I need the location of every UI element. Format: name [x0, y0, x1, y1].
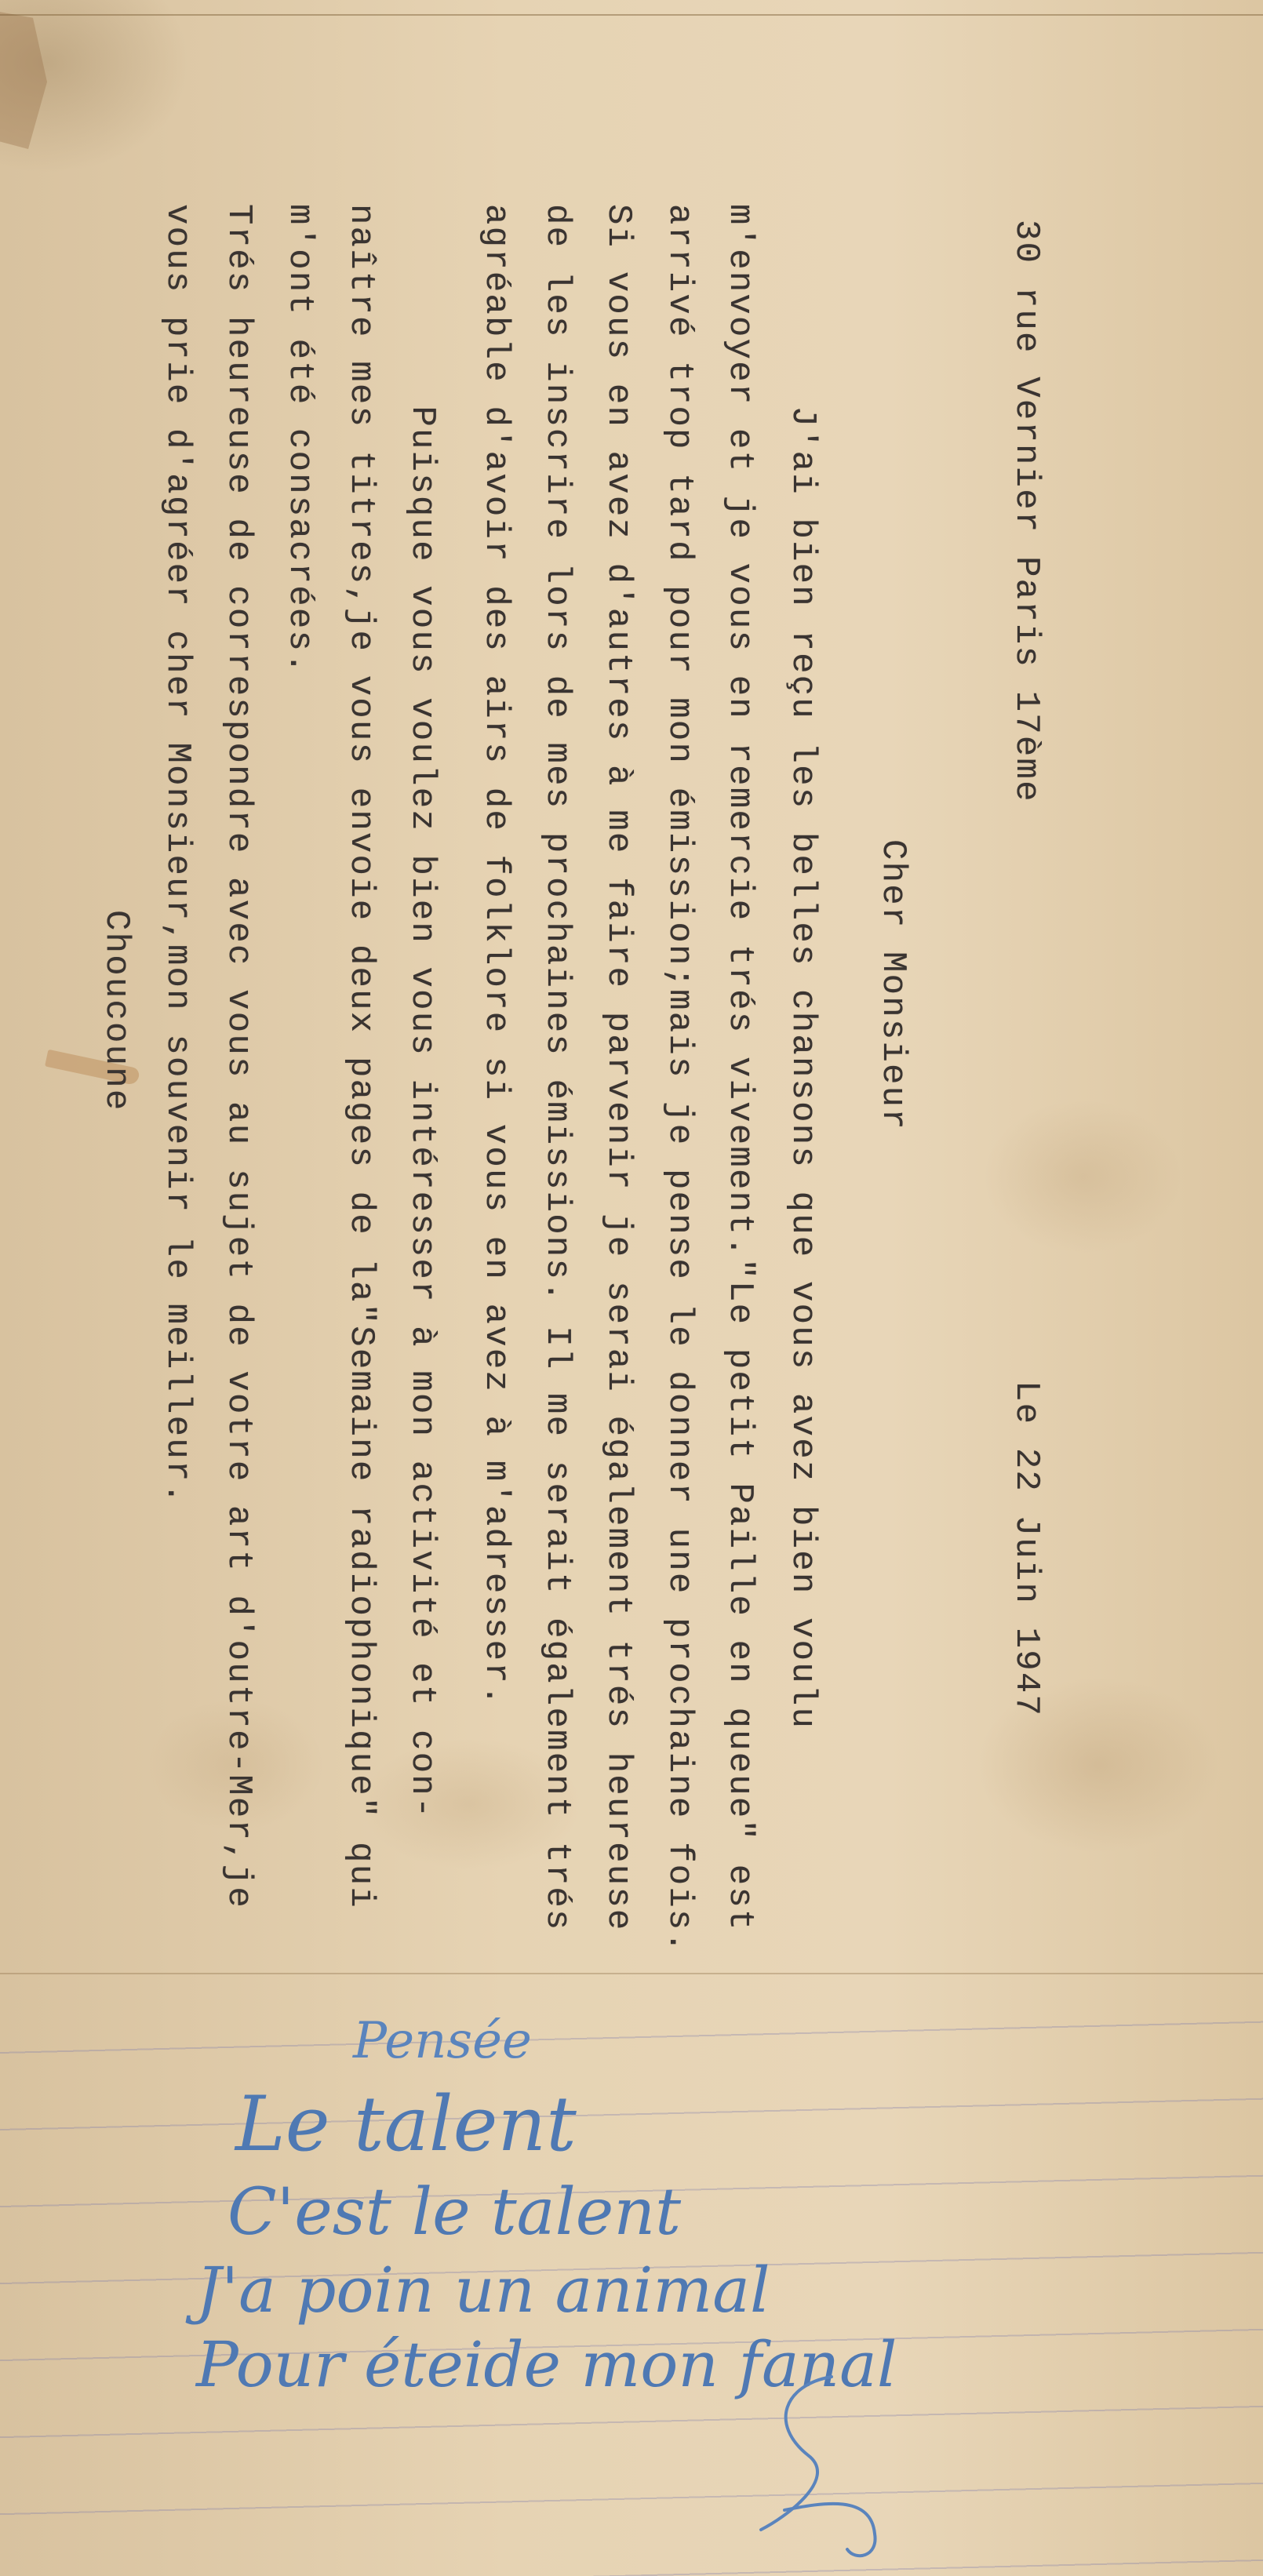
body-line: vous prie d'agréer cher Monsieur,mon sou… [160, 204, 195, 1505]
salutation: Cher Monsieur [875, 839, 910, 1131]
handwritten-line: C'est le talent [227, 2181, 681, 2245]
handwritten-title: Pensée [353, 2016, 532, 2066]
letter-date: Le 22 Juin 1947 [1009, 1381, 1043, 1717]
letter-sheet: 30 rue Vernier Paris 17ème Le 22 Juin 19… [0, 0, 1263, 2576]
body-line: de les inscrire lors de mes prochaines é… [540, 204, 574, 1932]
handwritten-line: Le talent [235, 2087, 577, 2162]
body-line: Si vous en avez d'autres à me faire parv… [601, 204, 635, 1932]
body-line: Puisque vous voulez bien vous intéresser… [405, 204, 439, 1820]
handwritten-initial-flourish-icon [737, 2361, 894, 2565]
typed-signature: Choucoune [99, 910, 133, 1112]
body-line: m'ont été consacrées. [282, 204, 317, 675]
body-line: naître mes titres,je vous envoie deux pa… [344, 204, 378, 1909]
body-line: J'ai bien reçu les belles chansons que v… [785, 204, 820, 1730]
handwritten-line: J'a poin un animal [196, 2259, 770, 2322]
body-line: arrivé trop tard pour mon émission;mais … [662, 204, 697, 1954]
body-line: Trés heureuse de correspondre avec vous … [221, 204, 256, 1909]
body-line: m'envoyer et je vous en remercie trés vi… [722, 204, 757, 1932]
body-line: agréable d'avoir des airs de folklore si… [479, 204, 513, 1708]
sender-address: 30 rue Vernier Paris 17ème [1009, 220, 1043, 803]
